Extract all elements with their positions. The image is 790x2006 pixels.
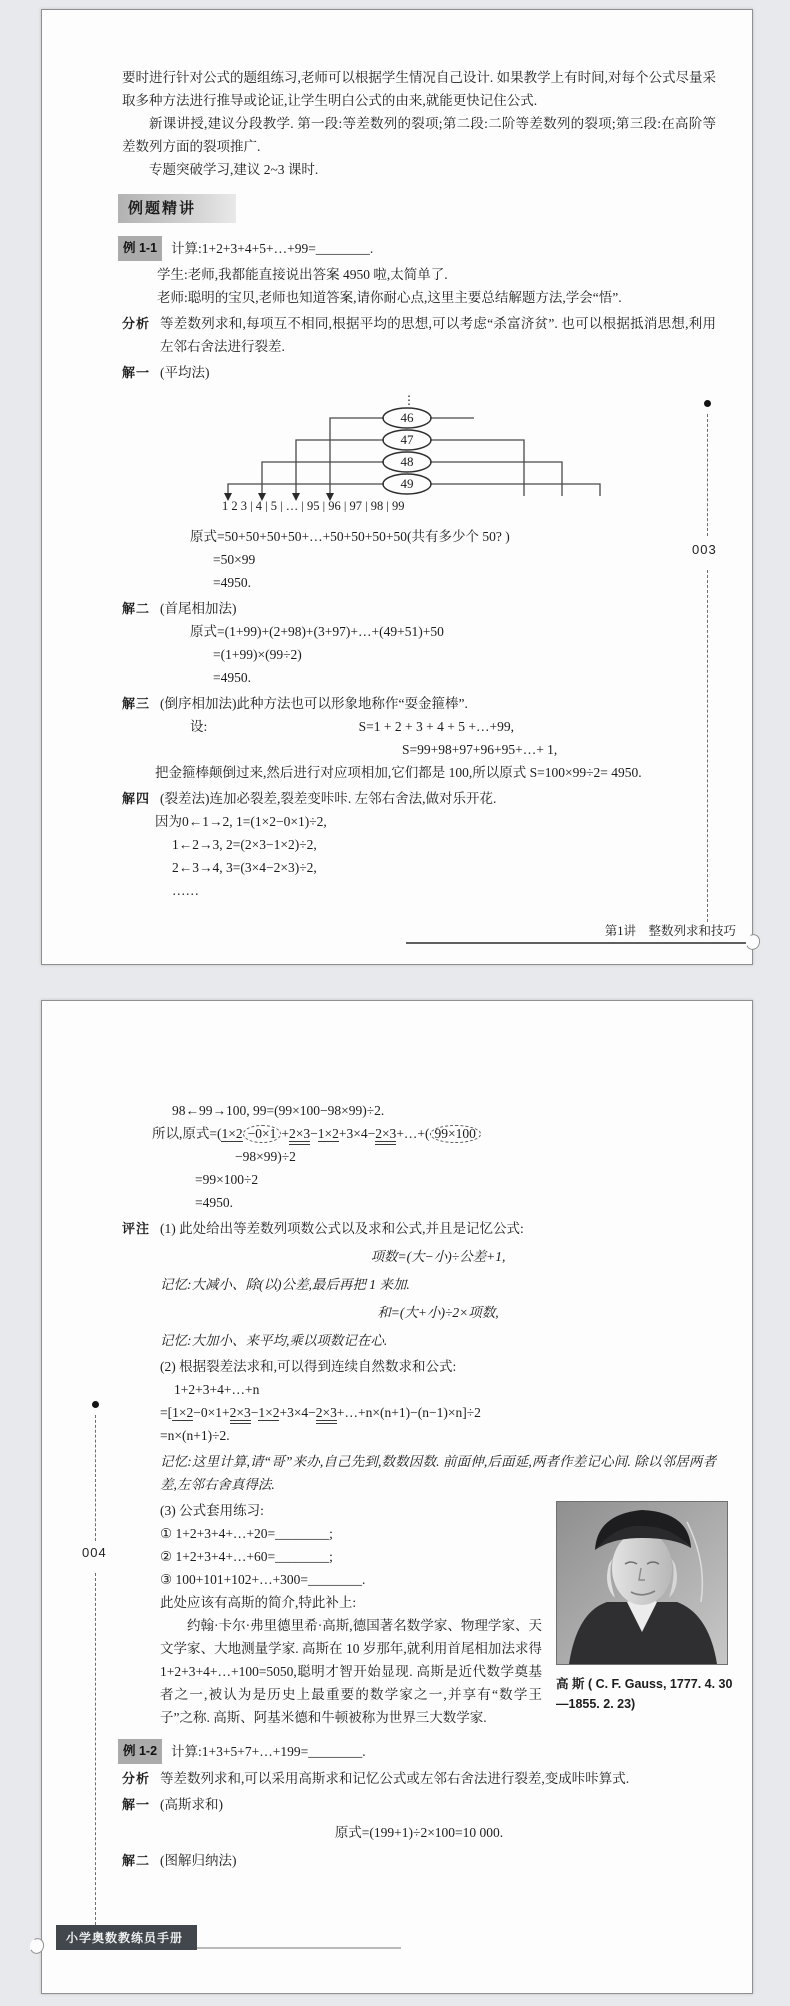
teacher-line: 老师:聪明的宝贝,老师也知道答案,请你耐心点,这里主要总结解题方法,学会“悟”. <box>157 286 716 309</box>
p2-sol1-formula: 原式=(199+1)÷2×100=10 000. <box>122 1821 716 1844</box>
dashed-oval-term: −0×1 <box>243 1125 282 1143</box>
diagram-oval-47: 47 <box>401 432 415 447</box>
comment-row: 评注 (1) 此处给出等差数列项数公式以及求和公式,并且是记忆公式: 项数=(大… <box>122 1217 716 1729</box>
diagram-vertical-dots: ⋮ <box>403 394 415 407</box>
sol4-line-3: 2←3→4, 3=(3×4−2×3)÷2, <box>172 856 716 879</box>
double-underlined-term: 2×3 <box>289 1126 310 1145</box>
margin-dashed-line-upper <box>707 414 708 536</box>
solution-2-label: 解二 <box>122 597 160 620</box>
page2-content: 98←99→100, 99=(99×100−98×99)÷2. 所以,原式=(1… <box>122 1099 716 1872</box>
margin-dashed-line-upper <box>95 1415 96 1541</box>
pairing-diagram: ⋮ <box>162 394 716 519</box>
formula-part: +…+( <box>396 1126 429 1141</box>
formula-part: 所以,原式=( <box>152 1126 221 1141</box>
page-number: 003 <box>692 542 717 557</box>
natural-sum-line-3: =n×(n+1)÷2. <box>160 1424 716 1447</box>
comment-label: 评注 <box>122 1217 160 1729</box>
diagram-oval-46: 46 <box>401 410 415 425</box>
margin-dot <box>92 1401 99 1408</box>
intro-paragraph-3: 专题突破学习,建议 2~3 课时. <box>122 158 716 181</box>
analysis-2-row: 分析 等差数列求和,可以采用高斯求和记忆公式或左邻右舍法进行裂差,变成咔咔算式. <box>122 1767 716 1790</box>
solution-4-label: 解四 <box>122 787 160 810</box>
solution-1-method: (平均法) <box>160 361 716 384</box>
solution-2-method: (首尾相加法) <box>160 597 716 620</box>
underlined-term: 1×2 <box>258 1405 279 1421</box>
natural-sum-line-2: =[1×2−0×1+2×3−1×2+3×4−2×3+…+n×(n+1)−(n−1… <box>160 1401 716 1424</box>
pairing-diagram-figure: ⋮ <box>162 394 632 512</box>
analysis-text: 等差数列求和,每项互不相同,根据平均的思想,可以考虑“杀富济贫”. 也可以根据抵… <box>160 312 716 358</box>
solution-4-method: (裂差法)连加必裂差,裂差变咔咔. 左邻右舍法,做对乐开花. <box>160 787 716 810</box>
spiral-binding-icon <box>28 1936 46 1956</box>
page1-running-footer: 第1讲 整数列求和技巧 <box>406 921 750 944</box>
formula-part: − <box>310 1126 318 1141</box>
student-line: 学生:老师,我都能直接说出答案 4950 啦,太简单了. <box>157 263 716 286</box>
formula-part: +…+n×(n+1)−(n−1)×n]÷2 <box>337 1405 481 1420</box>
sol4-line-2: 1←2→3, 2=(2×3−1×2)÷2, <box>172 833 716 856</box>
sol2-formula-line-3: =4950. <box>213 666 716 689</box>
dialog-block: 学生:老师,我都能直接说出答案 4950 啦,太简单了. 老师:聪明的宝贝,老师… <box>157 263 716 309</box>
section-header-examples: 例题精讲 <box>118 194 236 223</box>
solution-3-row: 解三 (倒序相加法)此种方法也可以形象地称作“耍金箍棒”. <box>122 692 716 715</box>
sol3-series-forward: S=1 + 2 + 3 + 4 + 5 +…+99, <box>359 719 514 734</box>
chapter-title: 第1讲 整数列求和技巧 <box>605 924 736 938</box>
intro-paragraph-1: 要时进行针对公式的题组练习,老师可以根据学生情况自己设计. 如果教学上有时间,对… <box>122 66 716 112</box>
margin-dashed-line-lower <box>707 570 708 922</box>
sol4-line-1: 因为0←1→2, 1=(1×2−0×1)÷2, <box>155 810 716 833</box>
mnemonic-2: 记忆:大加小、来平均,乘以项数记在心. <box>160 1329 716 1352</box>
analysis-row: 分析 等差数列求和,每项互不相同,根据平均的思想,可以考虑“杀富济贫”. 也可以… <box>122 312 716 358</box>
solution-2-row: 解二 (首尾相加法) <box>122 597 716 620</box>
example-1-2-badge: 例 1-2 <box>118 1739 162 1764</box>
mnemonic-3: 记忆:这里计算,请“哥”来办,自己先到,数数因数. 前面伸,后面延,两者作差记心… <box>160 1450 716 1496</box>
solution-3-label: 解三 <box>122 692 160 715</box>
p2-solution-2-row: 解二 (图解归纳法) <box>122 1849 716 1872</box>
mnemonic-1: 记忆:大减小、除(以)公差,最后再把 1 来加. <box>160 1273 716 1296</box>
sum-formula: 和=(大+小)÷2×项数, <box>160 1301 716 1324</box>
underlined-term: 1×2 <box>318 1126 339 1142</box>
p2-solution-2-label: 解二 <box>122 1849 160 1872</box>
book-title-badge: 小学奥数教练员手册 <box>56 1925 197 1950</box>
analysis-2-text: 等差数列求和,可以采用高斯求和记忆公式或左邻右舍法进行裂差,变成咔咔算式. <box>160 1767 716 1790</box>
formula-part: −0×1+ <box>193 1405 229 1420</box>
sol2-formula-line-1: 原式=(1+99)+(2+98)+(3+97)+…+(49+51)+50 <box>190 620 716 643</box>
p2-solution-1-label: 解一 <box>122 1793 160 1816</box>
double-underlined-term: 2×3 <box>230 1405 251 1424</box>
comment-point-2: (2) 根据裂差法求和,可以得到连续自然数求和公式: <box>160 1355 716 1378</box>
example-1-1-problem: 计算:1+2+3+4+5+…+99=________. <box>171 241 373 256</box>
diagram-oval-49: 49 <box>401 476 414 491</box>
example-1-1-row: 例 1-1计算:1+2+3+4+5+…+99=________. <box>118 236 716 261</box>
formula-part: +3×4− <box>279 1405 315 1420</box>
sol1-formula-line-1: 原式=50+50+50+50+…+50+50+50+50(共有多少个 50? ) <box>190 525 716 548</box>
sol1-formula-line-3: =4950. <box>213 571 716 594</box>
analysis-2-label: 分析 <box>122 1767 160 1790</box>
gauss-figure: 高 斯 ( C. F. Gauss, 1777. 4. 30—1855. 2. … <box>556 1501 734 1714</box>
sol1-formula-line-2: =50×99 <box>213 548 716 571</box>
formula-part: =[ <box>160 1405 172 1420</box>
term-count-formula: 项数=(大−小)÷公差+1, <box>160 1245 716 1268</box>
solution-1-row: 解一 (平均法) <box>122 361 716 384</box>
formula-part: +3×4− <box>339 1126 375 1141</box>
sol3-series-reverse: S=99+98+97+96+95+…+ 1, <box>402 738 716 761</box>
double-underlined-term: 2×3 <box>316 1405 337 1424</box>
sol4-ellipsis: …… <box>172 879 716 902</box>
diagram-oval-48: 48 <box>401 454 414 469</box>
diagram-number-line: 1 2 3 | 4 | 5 | … | 95 | 96 | 97 | 98 | … <box>222 499 405 512</box>
intro-paragraph-2: 新课讲授,建议分段教学. 第一段:等差数列的裂项;第二段:二阶等差数列的裂项;第… <box>122 112 716 158</box>
book-page-left: 要时进行针对公式的题组练习,老师可以根据学生情况自己设计. 如果教学上有时间,对… <box>41 9 753 965</box>
sol2-formula-line-2: =(1+99)×(99÷2) <box>213 643 716 666</box>
sol3-set-label: 设: <box>190 719 207 734</box>
solution-1-label: 解一 <box>122 361 160 384</box>
comment-point-1: (1) 此处给出等差数列项数公式以及求和公式,并且是记忆公式: <box>160 1217 716 1240</box>
diagram-connectors <box>228 418 600 496</box>
p2-solution-2-method: (图解归纳法) <box>160 1849 716 1872</box>
analysis-label: 分析 <box>122 312 160 358</box>
solution-4-row: 解四 (裂差法)连加必裂差,裂差变咔咔. 左邻右舍法,做对乐开花. <box>122 787 716 810</box>
example-1-1-badge: 例 1-1 <box>118 236 162 261</box>
solution-3-method: (倒序相加法)此种方法也可以形象地称作“耍金箍棒”. <box>160 692 716 715</box>
double-underlined-term: 2×3 <box>375 1126 396 1145</box>
gauss-portrait-image <box>556 1501 728 1665</box>
carry-over-line: 98←99→100, 99=(99×100−98×99)÷2. <box>172 1099 716 1122</box>
comment-body: (1) 此处给出等差数列项数公式以及求和公式,并且是记忆公式: 项数=(大−小)… <box>160 1217 716 1729</box>
p2-solution-1-method: (高斯求和) <box>160 1793 716 1816</box>
main-formula-cont-2: =99×100÷2 <box>195 1168 716 1191</box>
page1-content: 要时进行针对公式的题组练习,老师可以根据学生情况自己设计. 如果教学上有时间,对… <box>122 66 716 902</box>
main-formula-cont-1: −98×99)÷2 <box>235 1145 716 1168</box>
sol3-set-line: 设: S=1 + 2 + 3 + 4 + 5 +…+99, <box>190 715 716 738</box>
sol3-conclusion: 把金箍棒颠倒过来,然后进行对应项相加,它们都是 100,所以原式 S=100×9… <box>155 761 716 784</box>
main-formula-cont-3: =4950. <box>195 1191 716 1214</box>
example-1-2-row: 例 1-2计算:1+3+5+7+…+199=________. <box>118 1739 716 1764</box>
gauss-caption: 高 斯 ( C. F. Gauss, 1777. 4. 30—1855. 2. … <box>556 1674 734 1714</box>
underlined-term: 1×2 <box>172 1405 193 1421</box>
example-1-2-problem: 计算:1+3+5+7+…+199=________. <box>171 1744 366 1759</box>
page-number: 004 <box>82 1545 107 1560</box>
underlined-term: 1×2 <box>221 1126 242 1142</box>
natural-sum-line-1: 1+2+3+4+…+n <box>174 1378 716 1401</box>
page2-running-footer: 小学奥数教练员手册 <box>56 1925 401 1949</box>
dashed-oval-term: 99×100 <box>430 1125 481 1143</box>
margin-dashed-line-lower <box>95 1573 96 1925</box>
p2-solution-1-row: 解一 (高斯求和) <box>122 1793 716 1816</box>
book-page-right: 98←99→100, 99=(99×100−98×99)÷2. 所以,原式=(1… <box>41 1000 753 1994</box>
formula-part: + <box>281 1126 289 1141</box>
spiral-binding-icon <box>744 932 762 952</box>
margin-dot <box>704 400 711 407</box>
main-split-formula: 所以,原式=(1×2−0×1+2×3−1×2+3×4−2×3+…+(99×100 <box>152 1122 716 1145</box>
